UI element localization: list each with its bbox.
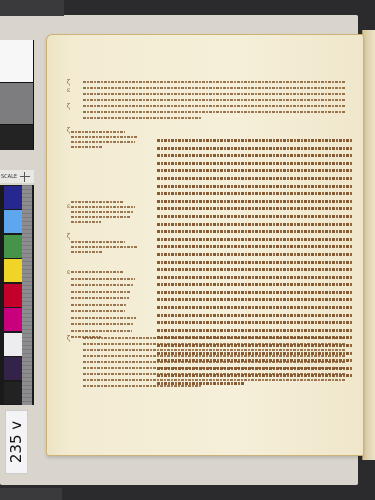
dark-backdrop xyxy=(0,488,62,500)
text-line xyxy=(157,268,353,271)
text-line xyxy=(157,245,353,248)
text-line xyxy=(71,246,137,248)
text-line xyxy=(157,162,353,165)
color-swatch-black xyxy=(4,382,22,405)
text-line xyxy=(71,131,125,133)
color-swatch-purple xyxy=(4,357,22,380)
color-swatch-magenta xyxy=(4,308,22,331)
text-line xyxy=(83,343,345,345)
text-line xyxy=(157,230,353,233)
text-line xyxy=(157,238,353,241)
manuscript-page: ζεζζεζεζ xyxy=(46,34,364,456)
top-scholia-text xyxy=(83,81,345,123)
margin-marker: ε xyxy=(67,87,70,94)
text-line xyxy=(71,146,102,148)
text-line xyxy=(71,330,132,332)
text-line xyxy=(157,154,353,157)
text-line xyxy=(71,141,135,143)
text-line xyxy=(157,253,353,256)
calibration-strip-text: SCALE xyxy=(1,174,17,180)
text-line xyxy=(157,314,353,317)
text-line xyxy=(83,379,345,381)
text-line xyxy=(157,200,353,203)
margin-scholion xyxy=(71,241,139,256)
text-line xyxy=(71,304,127,306)
margin-marker: ζ xyxy=(67,335,70,342)
color-swatch-green xyxy=(4,235,22,258)
text-line xyxy=(83,361,345,363)
text-line xyxy=(83,81,345,83)
text-line xyxy=(157,329,353,332)
text-line xyxy=(83,99,345,101)
text-line xyxy=(157,223,353,226)
text-line xyxy=(157,261,353,264)
text-line xyxy=(71,323,134,325)
text-line xyxy=(157,291,353,294)
text-line xyxy=(157,207,353,210)
text-line xyxy=(71,297,129,299)
text-line xyxy=(71,251,102,253)
margin-marker: ε xyxy=(67,203,70,210)
gray-patch-black xyxy=(0,125,33,150)
text-line xyxy=(83,385,201,387)
text-line xyxy=(157,185,353,188)
folio-number: 235 v xyxy=(8,421,26,463)
text-line xyxy=(83,105,345,107)
margin-scholion xyxy=(71,201,137,226)
text-line xyxy=(157,139,353,142)
margin-marker: ε xyxy=(67,269,70,276)
text-line xyxy=(71,221,101,223)
dark-backdrop xyxy=(0,0,64,16)
text-line xyxy=(71,317,136,319)
margin-scholion xyxy=(71,271,137,343)
text-line xyxy=(157,147,353,150)
margin-marker: ζ xyxy=(67,233,70,240)
text-line xyxy=(157,298,353,301)
text-line xyxy=(157,306,353,309)
text-line xyxy=(71,310,125,312)
margin-marker: ζ xyxy=(67,103,70,110)
text-line xyxy=(71,216,131,218)
ruler-scale xyxy=(22,185,32,405)
text-line xyxy=(83,87,345,89)
crosshair-icon xyxy=(20,172,30,182)
gray-patch-white xyxy=(0,40,33,82)
calibration-gray-scale xyxy=(0,40,34,150)
text-line xyxy=(83,355,345,357)
text-line xyxy=(157,321,353,324)
text-line xyxy=(83,349,345,351)
color-swatch-blue xyxy=(4,186,22,209)
text-line xyxy=(71,211,133,213)
gray-patch-gray xyxy=(0,83,33,124)
text-line xyxy=(71,136,137,138)
text-line xyxy=(83,367,345,369)
color-swatch-white xyxy=(4,333,22,356)
margin-marker: ζ xyxy=(67,79,70,86)
text-line xyxy=(157,276,353,279)
text-line xyxy=(83,93,345,95)
text-line xyxy=(71,271,124,273)
margin-scholion xyxy=(71,131,139,151)
folio-label: 235 v xyxy=(5,410,28,474)
text-line xyxy=(83,117,201,119)
text-line xyxy=(83,111,345,113)
margin-marker: ζ xyxy=(67,127,70,134)
color-swatch-yellow xyxy=(4,259,22,282)
text-line xyxy=(71,201,124,203)
color-swatch-cyan xyxy=(4,210,22,233)
text-line xyxy=(71,291,131,293)
text-line xyxy=(71,284,133,286)
color-swatch-red xyxy=(4,284,22,307)
text-line xyxy=(71,206,135,208)
bottom-scholia-text xyxy=(83,337,345,391)
text-line xyxy=(71,278,135,280)
text-line xyxy=(157,283,353,286)
text-line xyxy=(157,215,353,218)
text-line xyxy=(157,177,353,180)
text-line xyxy=(83,373,345,375)
text-line xyxy=(83,337,345,339)
text-line xyxy=(157,192,353,195)
text-line xyxy=(71,241,125,243)
text-line xyxy=(157,169,353,172)
calibration-color-bar xyxy=(0,185,34,405)
